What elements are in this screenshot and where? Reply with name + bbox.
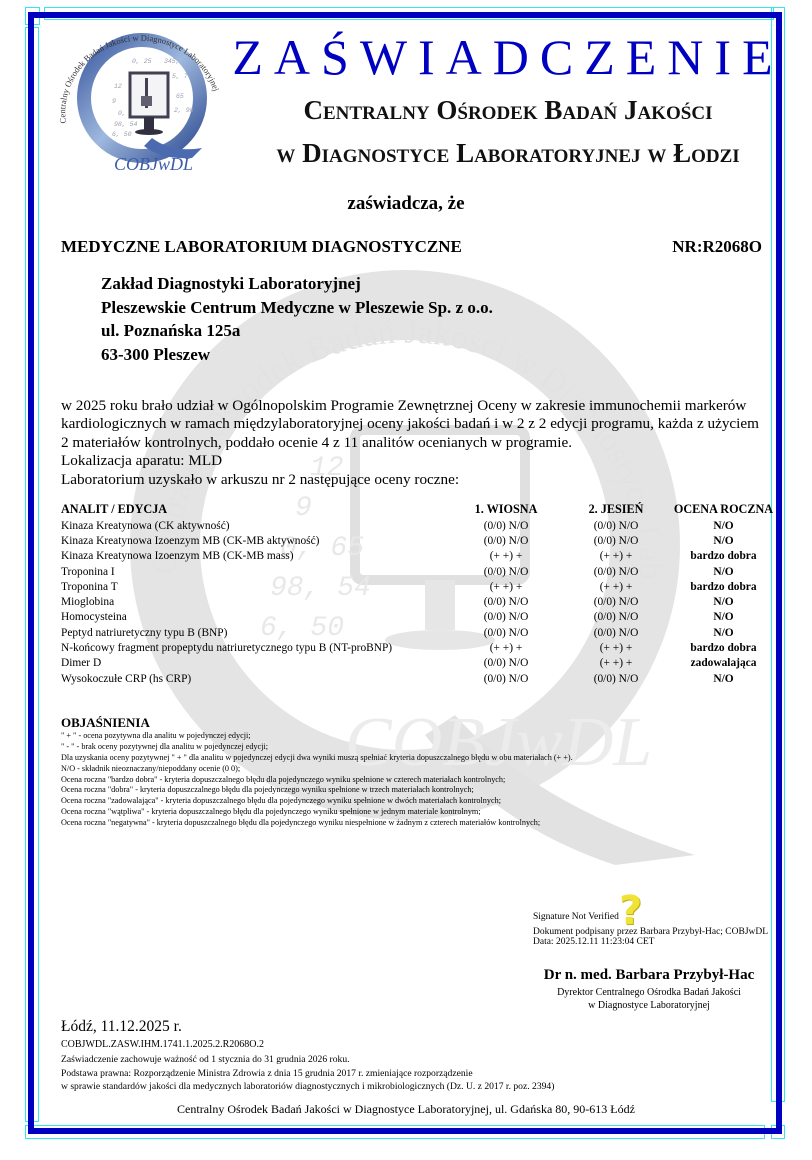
analyte-cell: Kinaza Kreatynowa Izoenzym MB (CK-MB akt… xyxy=(61,533,451,548)
svg-text:65: 65 xyxy=(176,93,184,100)
explanation-line: Ocena roczna "bardzo dobra" - kryteria d… xyxy=(61,775,573,786)
explanations: OBJAŚNIENIA " + " - ocena pozytywna dla … xyxy=(61,718,573,829)
analyte-cell: Troponina T xyxy=(61,579,451,594)
explanation-line: N/O - składnik nieoznaczany/niepoddany o… xyxy=(61,764,573,775)
explanation-line: Ocena roczna "negatywna" - kryteria dopu… xyxy=(61,818,573,829)
annual-cell: N/O xyxy=(671,564,776,579)
results-table: ANALIT / EDYCJA 1. WIOSNA 2. JESIEŃ OCEN… xyxy=(61,501,776,686)
svg-text:2, 98: 2, 98 xyxy=(174,107,194,114)
table-row: Wysokoczułe CRP (hs CRP)(0/0) N/O(0/0) N… xyxy=(61,671,776,686)
annual-cell: N/O xyxy=(671,625,776,640)
explanation-line: Dla uzyskania oceny pozytywnej " + " dla… xyxy=(61,753,573,764)
spring-cell: (0/0) N/O xyxy=(451,625,561,640)
explanation-line: " - " - brak oceny pozytywnej dla analit… xyxy=(61,742,573,753)
autumn-cell: (+ +) + xyxy=(561,656,671,671)
signer: Dr n. med. Barbara Przybył-Hac Dyrektor … xyxy=(520,967,778,1012)
header-spring: 1. WIOSNA xyxy=(451,501,561,518)
body-text: w 2025 roku brało udział w Ogólnopolskim… xyxy=(61,397,761,489)
analyte-cell: N-końcowy fragment propeptydu natriurety… xyxy=(61,640,451,655)
svg-text:98, 54: 98, 54 xyxy=(114,121,138,128)
svg-text:6, 50: 6, 50 xyxy=(112,131,132,138)
analyte-cell: Kinaza Kreatynowa (CK aktywność) xyxy=(61,518,451,533)
signature-status: Signature Not Verified xyxy=(533,912,773,923)
autumn-cell: (0/0) N/O xyxy=(561,518,671,533)
annual-cell: N/O xyxy=(671,671,776,686)
table-row: Mioglobina(0/0) N/O(0/0) N/ON/O xyxy=(61,594,776,609)
spring-cell: (+ +) + xyxy=(451,579,561,594)
annual-cell: zadowalająca xyxy=(671,656,776,671)
table-row: N-końcowy fragment propeptydu natriurety… xyxy=(61,640,776,655)
legal-basis-line2: w sprawie standardów jakości dla medyczn… xyxy=(61,1080,554,1094)
annual-cell: N/O xyxy=(671,518,776,533)
table-row: Kinaza Kreatynowa (CK aktywność)(0/0) N/… xyxy=(61,518,776,533)
svg-text:9: 9 xyxy=(112,98,116,105)
svg-text:5, 7: 5, 7 xyxy=(172,73,188,80)
spring-cell: (0/0) N/O xyxy=(451,594,561,609)
device-location: Lokalizacja aparatu: MLD xyxy=(61,452,761,470)
annual-cell: N/O xyxy=(671,610,776,625)
spring-cell: (0/0) N/O xyxy=(451,533,561,548)
signature-signed-by: Dokument podpisany przez Barbara Przybył… xyxy=(533,927,773,938)
institution-name-line1: Centralny Ośrodek Badań Jakości xyxy=(222,95,794,126)
explanations-heading: OBJAŚNIENIA xyxy=(61,718,573,729)
autumn-cell: (+ +) + xyxy=(561,549,671,564)
svg-text:12: 12 xyxy=(114,83,122,90)
explanation-line: Ocena roczna "zadowalająca" - kryteria d… xyxy=(61,796,573,807)
analyte-cell: Dimer D xyxy=(61,656,451,671)
annual-cell: N/O xyxy=(671,533,776,548)
annual-cell: N/O xyxy=(671,594,776,609)
spring-cell: (+ +) + xyxy=(451,640,561,655)
signer-role: Dyrektor Centralnego Ośrodka Badań Jakoś… xyxy=(520,986,778,1012)
institution-address: Centralny Ośrodek Badań Jakości w Diagno… xyxy=(0,1102,812,1117)
explanation-line: Ocena roczna "dobra" - kryteria dopuszcz… xyxy=(61,785,573,796)
spring-cell: (0/0) N/O xyxy=(451,564,561,579)
participation-paragraph: w 2025 roku brało udział w Ogólnopolskim… xyxy=(61,397,761,452)
autumn-cell: (0/0) N/O xyxy=(561,610,671,625)
document-title: ZAŚWIADCZENIE xyxy=(228,28,788,86)
annual-cell: bardzo dobra xyxy=(671,640,776,655)
analyte-cell: Wysokoczułe CRP (hs CRP) xyxy=(61,671,451,686)
table-header-row: ANALIT / EDYCJA 1. WIOSNA 2. JESIEŃ OCEN… xyxy=(61,501,776,518)
signer-name: Dr n. med. Barbara Przybył-Hac xyxy=(520,967,778,984)
analyte-cell: Peptyd natriuretyczny typu B (BNP) xyxy=(61,625,451,640)
svg-text:345,: 345, xyxy=(164,58,180,65)
spring-cell: (+ +) + xyxy=(451,549,561,564)
autumn-cell: (0/0) N/O xyxy=(561,594,671,609)
spring-cell: (0/0) N/O xyxy=(451,671,561,686)
autumn-cell: (0/0) N/O xyxy=(561,564,671,579)
legal-basis-line1: Podstawa prawna: Rozporządzenie Ministra… xyxy=(61,1067,554,1081)
lab-number: NR:R2068O xyxy=(672,237,762,257)
question-mark-icon: ? xyxy=(619,906,642,917)
annual-cell: bardzo dobra xyxy=(671,579,776,594)
address-line: 63-300 Pleszew xyxy=(101,343,493,367)
table-row: Kinaza Kreatynowa Izoenzym MB (CK-MB akt… xyxy=(61,533,776,548)
spring-cell: (0/0) N/O xyxy=(451,610,561,625)
validity-text: Zaświadczenie zachowuje ważność od 1 sty… xyxy=(61,1053,554,1067)
digital-signature-block[interactable]: ? Signature Not Verified Dokument podpis… xyxy=(533,912,773,948)
table-row: Troponina T(+ +) +(+ +) +bardzo dobra xyxy=(61,579,776,594)
signature-date: Data: 2025.12.11 11:23:04 CET xyxy=(533,937,773,948)
address-line: ul. Poznańska 125a xyxy=(101,319,493,343)
certifies-text: zaświadcza, że xyxy=(0,193,812,215)
table-row: Peptyd natriuretyczny typu B (BNP)(0/0) … xyxy=(61,625,776,640)
spring-cell: (0/0) N/O xyxy=(451,518,561,533)
table-row: Kinaza Kreatynowa Izoenzym MB (CK-MB mas… xyxy=(61,549,776,564)
analyte-cell: Homocysteina xyxy=(61,610,451,625)
footer: Łódź, 11.12.2025 r. COBJWDL.ZASW.IHM.174… xyxy=(61,1018,554,1094)
autumn-cell: (+ +) + xyxy=(561,579,671,594)
svg-text:0, 25: 0, 25 xyxy=(132,58,152,65)
results-intro: Laboratorium uzyskało w arkuszu nr 2 nas… xyxy=(61,471,761,489)
explanation-line: " + " - ocena pozytywna dla analitu w po… xyxy=(61,731,573,742)
header-annual: OCENA ROCZNA xyxy=(671,501,776,518)
table-row: Dimer D(0/0) N/O(+ +) +zadowalająca xyxy=(61,656,776,671)
analyte-cell: Kinaza Kreatynowa Izoenzym MB (CK-MB mas… xyxy=(61,549,451,564)
analyte-cell: Mioglobina xyxy=(61,594,451,609)
spring-cell: (0/0) N/O xyxy=(451,656,561,671)
address-line: Pleszewskie Centrum Medyczne w Pleszewie… xyxy=(101,296,493,320)
header-analyte: ANALIT / EDYCJA xyxy=(61,501,451,518)
reference-number: COBJWDL.ZASW.IHM.1741.1.2025.2.R2068O.2 xyxy=(61,1039,554,1050)
table-row: Troponina I(0/0) N/O(0/0) N/ON/O xyxy=(61,564,776,579)
explanation-line: Ocena roczna "wątpliwa" - kryteria dopus… xyxy=(61,807,573,818)
lab-type: MEDYCZNE LABORATORIUM DIAGNOSTYCZNE xyxy=(61,237,462,257)
header-autumn: 2. JESIEŃ xyxy=(561,501,671,518)
autumn-cell: (0/0) N/O xyxy=(561,671,671,686)
address-line: Zakład Diagnostyki Laboratoryjnej xyxy=(101,272,493,296)
autumn-cell: (0/0) N/O xyxy=(561,625,671,640)
autumn-cell: (+ +) + xyxy=(561,640,671,655)
institution-name-line2: w Diagnostyce Laboratoryjnej w Łodzi xyxy=(222,138,794,169)
logo-abbr: COBJwDL xyxy=(114,154,193,174)
autumn-cell: (0/0) N/O xyxy=(561,533,671,548)
table-row: Homocysteina(0/0) N/O(0/0) N/ON/O xyxy=(61,610,776,625)
analyte-cell: Troponina I xyxy=(61,564,451,579)
lab-address: Zakład Diagnostyki Laboratoryjnej Plesze… xyxy=(101,272,493,366)
annual-cell: bardzo dobra xyxy=(671,549,776,564)
place-date: Łódź, 11.12.2025 r. xyxy=(61,1018,554,1036)
cobjwdl-logo: 0, 25 345, 5, 7 12 9 0, 65 98, 54 6, 50 … xyxy=(52,18,228,178)
